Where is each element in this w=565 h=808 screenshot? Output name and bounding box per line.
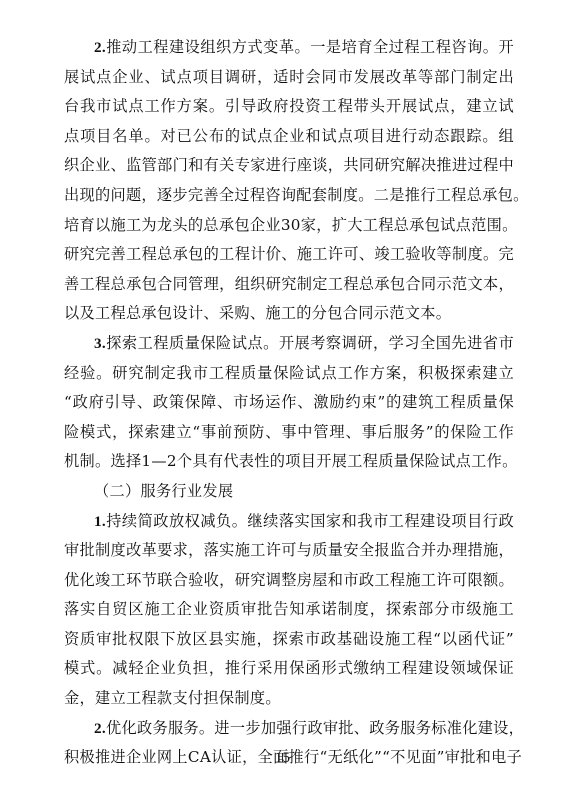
document-page: 2.推动工程建设组织方式变革。一是培育全过程工程咨询。开 展试点企业、试点项目调… (0, 0, 565, 808)
paragraph-line: 资质审批权限下放区县实施，探索市政基础设施工程“以函代证” (64, 625, 514, 655)
paragraph-line: 以及工程总承包设计、采购、施工的分包合同示范文本。 (64, 299, 514, 329)
document-body: 2.推动工程建设组织方式变革。一是培育全过程工程咨询。开 展试点企业、试点项目调… (64, 33, 514, 773)
line-text: 优化政务服务。进一步加强行政审批、政务服务标准化建设， (106, 719, 524, 737)
paragraph-line: 培育以施工为龙头的总承包企业30家，扩大工程总承包试点范围。 (64, 211, 514, 241)
paragraph-line: 研究完善工程总承包的工程计价、施工许可、竣工验收等制度。完 (64, 240, 514, 270)
paragraph-line: 金，建立工程款支付担保制度。 (64, 684, 514, 714)
item-number: 2. (94, 39, 106, 56)
paragraph-line: 2.推动工程建设组织方式变革。一是培育全过程工程咨询。开 (64, 33, 514, 63)
paragraph-line: 展试点企业、试点项目调研，适时会同市发展改革等部门制定出 (64, 63, 514, 93)
paragraph-organization-reform: 2.推动工程建设组织方式变革。一是培育全过程工程咨询。开 展试点企业、试点项目调… (64, 33, 514, 329)
paragraph-line: 3.探索工程质量保险试点。开展考察调研，学习全国先进省市 (64, 329, 514, 359)
page-number: 15 (0, 750, 565, 767)
paragraph-line: 落实自贸区施工企业资质审批告知承诺制度，探索部分市级施工 (64, 595, 514, 625)
paragraph-line: 审批制度改革要求，落实施工许可与质量安全报监合并办理措施， (64, 536, 514, 566)
paragraph-line: 1.持续简政放权减负。继续落实国家和我市工程建设项目行政 (64, 507, 514, 537)
paragraph-line: “政府引导、政策保障、市场运作、激励约束”的建筑工程质量保 (64, 388, 514, 418)
line-text: 推动工程建设组织方式变革。一是培育全过程工程咨询。开 (106, 38, 514, 56)
paragraph-line: 险模式，探索建立“事前预防、事中管理、事后服务”的保险工作 (64, 418, 514, 448)
paragraph-line: 2.优化政务服务。进一步加强行政审批、政务服务标准化建设， (64, 714, 514, 744)
paragraph-line: 经验。研究制定我市工程质量保险试点工作方案，积极探索建立 (64, 359, 514, 389)
paragraph-line: 台我市试点工作方案。引导政府投资工程带头开展试点，建立试 (64, 92, 514, 122)
item-number: 2. (94, 720, 106, 737)
line-text: 探索工程质量保险试点。开展考察调研，学习全国先进省市 (106, 334, 514, 352)
paragraph-line: 模式。减轻企业负担，推行采用保函形式缴纳工程建设领域保证 (64, 654, 514, 684)
paragraph-line: 出现的问题，逐步完善全过程咨询配套制度。二是推行工程总承包。 (64, 181, 514, 211)
paragraph-line: 点项目名单。对已公布的试点企业和试点项目进行动态跟踪。组 (64, 122, 514, 152)
paragraph-line: 织企业、监管部门和有关专家进行座谈，共同研究解决推进过程中 (64, 151, 514, 181)
paragraph-streamline-administration: 1.持续简政放权减负。继续落实国家和我市工程建设项目行政 审批制度改革要求，落实… (64, 507, 514, 714)
paragraph-quality-insurance: 3.探索工程质量保险试点。开展考察调研，学习全国先进省市 经验。研究制定我市工程… (64, 329, 514, 477)
paragraph-line: 优化竣工环节联合验收，研究调整房屋和市政工程施工许可限额。 (64, 566, 514, 596)
line-text: 持续简政放权减负。继续落实国家和我市工程建设项目行政 (106, 512, 514, 530)
paragraph-line: 机制。选择1—2个具有代表性的项目开展工程质量保险试点工作。 (64, 447, 514, 477)
item-number: 1. (94, 513, 106, 530)
item-number: 3. (94, 335, 106, 352)
paragraph-line: 善工程总承包合同管理，组织研究制定工程总承包合同示范文本， (64, 270, 514, 300)
section-heading: （二）服务行业发展 (64, 477, 514, 507)
